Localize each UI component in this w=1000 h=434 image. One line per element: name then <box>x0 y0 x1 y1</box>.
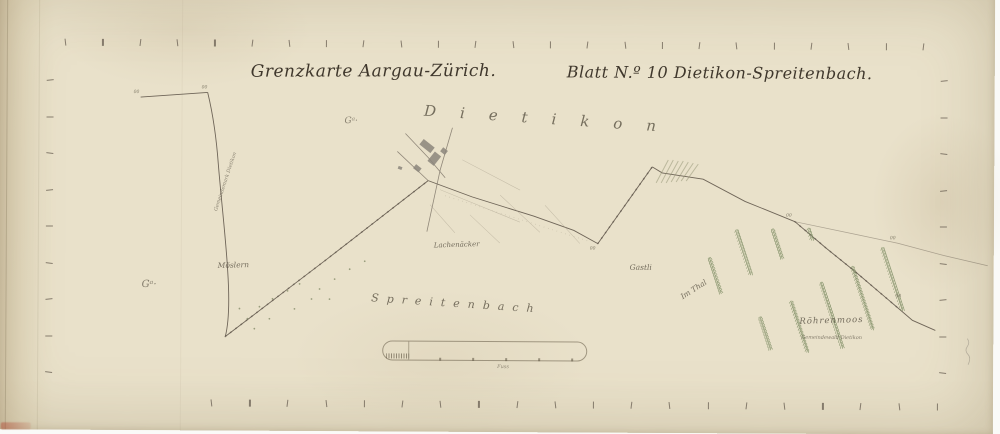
border-tick <box>249 400 250 407</box>
border-tick <box>941 117 948 118</box>
boundary-line <box>139 92 988 341</box>
grid-letter-mark: Gᵃ· <box>344 117 357 126</box>
border-tick <box>46 226 53 227</box>
border-tick <box>214 39 215 46</box>
border-tick <box>822 403 823 410</box>
border-tick <box>774 43 775 50</box>
village-buildings <box>398 139 448 173</box>
place-label-gastli: Gastli <box>630 264 652 272</box>
map-title-right: Blatt N.º 10 Dietikon-Spreitenbach. <box>567 64 873 82</box>
map-title-left: Grenzkarte Aargau-Zürich. <box>251 63 497 81</box>
border-tick <box>326 40 327 47</box>
border-tick <box>47 116 54 117</box>
vertex-mark: 00 <box>134 90 140 95</box>
border-tick <box>624 42 626 49</box>
hatched-grove <box>656 160 698 183</box>
border-tick <box>325 400 327 407</box>
place-label-lachenaecker: Lachenäcker <box>434 241 480 249</box>
scale-bar-tick <box>505 358 507 361</box>
place-label-moeslern: Möslern <box>218 261 250 269</box>
border-tick <box>478 401 479 408</box>
border-tick <box>102 39 103 46</box>
vertex-mark: 00 <box>202 85 208 90</box>
border-tick <box>885 43 886 50</box>
border-tick <box>364 400 365 407</box>
border-tick <box>45 335 52 336</box>
scanned-map-sheet: Grenzkarte Aargau-Zürich. Blatt N.º 10 D… <box>0 0 995 434</box>
border-tick <box>662 42 663 49</box>
border-tick <box>550 41 551 48</box>
border-tick <box>512 41 514 48</box>
scale-bar-tick <box>439 358 441 361</box>
vertex-mark: 00 <box>590 247 596 252</box>
scale-bar-caption: Fuss <box>497 365 509 370</box>
border-tick <box>400 40 402 47</box>
border-tick <box>940 190 947 192</box>
border-tick <box>438 41 439 48</box>
border-tick <box>940 226 947 227</box>
place-label-gemeindewald: Gemeindewald Dietikon <box>801 336 862 341</box>
scale-bar-subdivisions <box>386 353 409 358</box>
scale-bar-tick <box>472 358 474 361</box>
tree-dots <box>238 260 365 331</box>
border-tick <box>939 336 946 337</box>
border-tick <box>593 402 594 409</box>
vertex-mark: 00 <box>786 214 792 219</box>
scale-bar <box>382 340 587 361</box>
scale-bar-tick <box>571 358 573 361</box>
boundary-marker-dots <box>225 165 900 341</box>
vertex-mark: 00 <box>890 236 896 241</box>
map-content-area: Grenzkarte Aargau-Zürich. Blatt N.º 10 D… <box>0 0 1000 434</box>
border-tick <box>898 403 900 410</box>
parcel-lines <box>430 160 590 244</box>
pencil-annotation <box>966 339 970 365</box>
border-tick <box>937 403 938 410</box>
vertex-mark: 00 <box>896 294 902 299</box>
border-tick <box>940 263 947 265</box>
place-label-roehrenmoos: Röhrenmoos <box>799 316 863 326</box>
red-stamp-mark <box>1 422 31 429</box>
border-tick <box>46 189 53 191</box>
grid-letter-mark: Gᵃ· <box>142 280 157 290</box>
border-tick <box>707 402 708 409</box>
scale-bar-tick <box>538 358 540 361</box>
border-tick <box>46 262 53 264</box>
border-tick <box>251 40 253 47</box>
